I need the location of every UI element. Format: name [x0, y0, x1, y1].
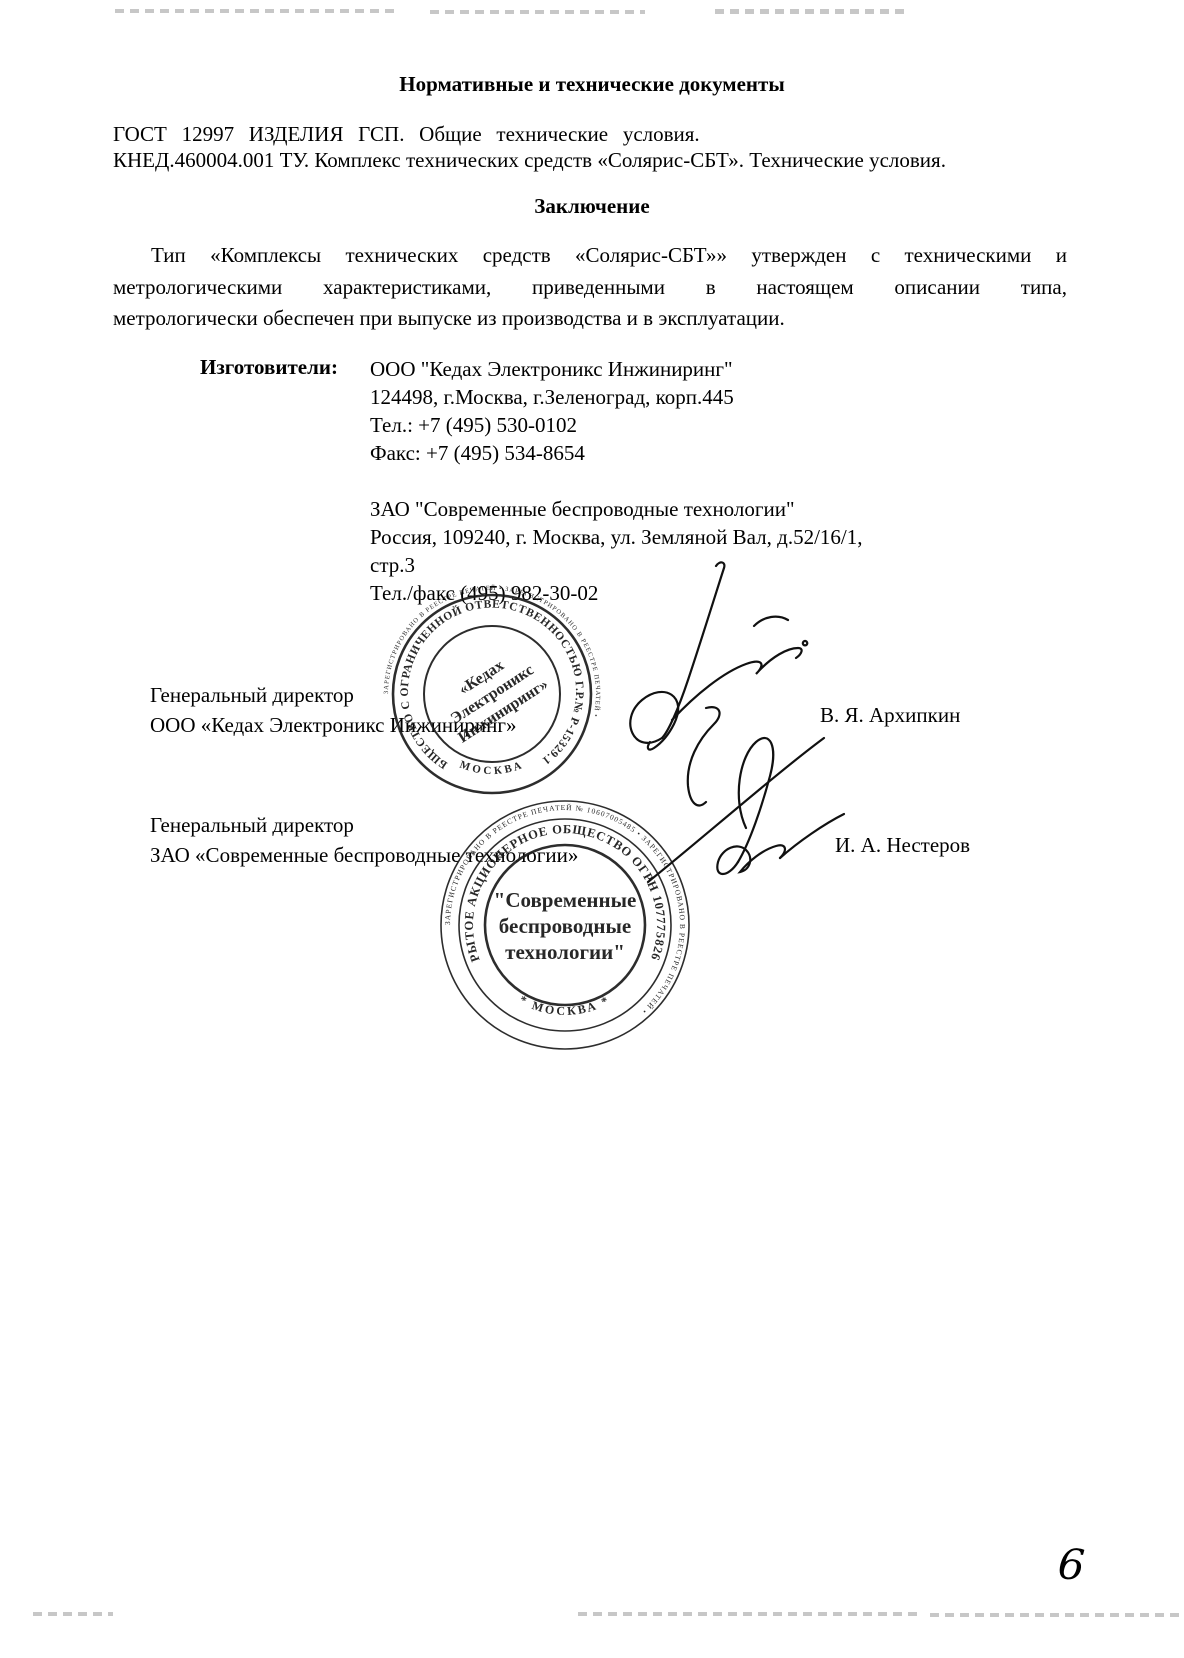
signature-nesterov: [628, 702, 883, 887]
manufacturer-2-name: ЗАО "Современные беспроводные технологии…: [370, 495, 863, 523]
manufacturers-label: Изготовители:: [200, 355, 338, 380]
svg-text:технологии": технологии": [505, 940, 625, 964]
manufacturer-2-address-line1: Россия, 109240, г. Москва, ул. Земляной …: [370, 523, 863, 551]
manufacturer-1-fax: Факс: +7 (495) 534-8654: [370, 439, 734, 467]
svg-text:"Современные: "Современные: [494, 888, 637, 912]
scan-artifact-bottom: [578, 1612, 918, 1616]
scan-artifact-bottom: [930, 1613, 1180, 1617]
conclusion-line: метрологическими характеристиками, приве…: [113, 272, 1067, 304]
svg-text:беспроводные: беспроводные: [499, 914, 631, 938]
scan-artifact-top: [115, 9, 395, 13]
scan-artifact-top: [715, 9, 910, 14]
stamp-kedah-round-seal: ЗАРЕГИСТРИРОВАНО В РЕЕСТРЕ ПЕЧАТЕЙ • ЗАР…: [380, 582, 605, 807]
stamp1-center-text: «Кедах Электроникс Инжиниринг»: [433, 642, 551, 746]
section-title-normative-docs: Нормативные и технические документы: [0, 72, 1184, 97]
norm-doc-line: ГОСТ 12997 ИЗДЕЛИЯ ГСП. Общие технически…: [113, 122, 700, 147]
section-title-conclusion: Заключение: [0, 194, 1184, 219]
manufacturer-1-block: ООО "Кедах Электроникс Инжиниринг" 12449…: [370, 355, 734, 467]
manufacturer-1-phone: Тел.: +7 (495) 530-0102: [370, 411, 734, 439]
manufacturer-1-address: 124498, г.Москва, г.Зеленоград, корп.445: [370, 383, 734, 411]
document-page: Нормативные и технические документы ГОСТ…: [0, 0, 1184, 1658]
norm-doc-line: КНЕД.460004.001 ТУ. Комплекс технических…: [113, 148, 946, 173]
scan-artifact-bottom: [33, 1612, 113, 1616]
stamp2-center-text: "Современные беспроводные технологии": [494, 888, 637, 964]
conclusion-paragraph: Тип «Комплексы технических средств «Соля…: [113, 240, 1067, 335]
scan-artifact-top: [430, 10, 645, 14]
conclusion-line: Тип «Комплексы технических средств «Соля…: [113, 240, 1067, 272]
conclusion-line: метрологически обеспечен при выпуске из …: [113, 303, 1067, 335]
manufacturer-1-name: ООО "Кедах Электроникс Инжиниринг": [370, 355, 734, 383]
page-number: 6: [1056, 1539, 1086, 1590]
